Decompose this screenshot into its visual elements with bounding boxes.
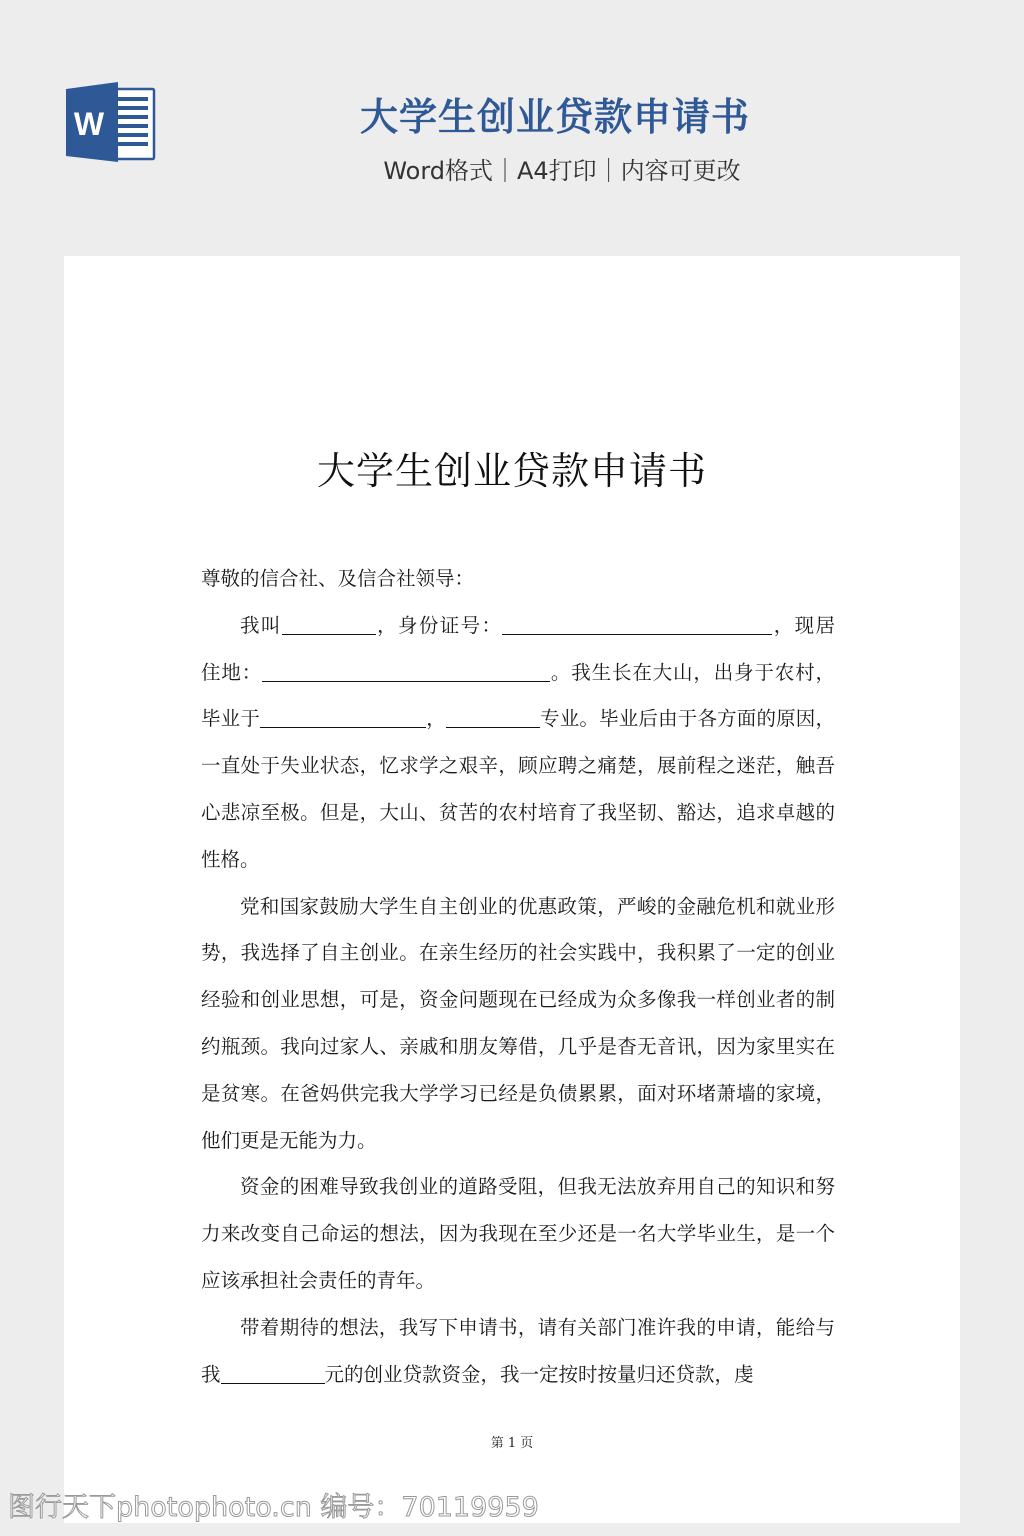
id-number-blank[interactable]: [502, 613, 772, 634]
text-span: ，: [426, 707, 446, 730]
name-blank[interactable]: [282, 613, 376, 634]
text-span: 我叫: [240, 614, 282, 637]
salutation: 尊敬的信合社、及信合社领导：: [201, 556, 835, 603]
text-span: ，身份证号：: [376, 614, 503, 637]
school-blank[interactable]: [260, 707, 426, 728]
text-span: 专业。毕业后由于各方面的原因，一直处于失业状态，忆求学之艰辛，顾应聘之痛楚，展前…: [201, 707, 835, 870]
banner-subtitle: Word格式｜A4打印｜内容可更改: [0, 153, 1024, 189]
text-span: 元的创业贷款资金，我一定按时按量归还贷款，虔: [325, 1363, 754, 1386]
residence-blank[interactable]: [262, 660, 550, 681]
paragraph-3: 资金的困难导致我创业的道路受阻，但我无法放弃用自己的知识和努力来改变自己命运的想…: [201, 1164, 835, 1304]
watermark: 图行天下photophoto.cn 编号：70119959: [8, 1490, 539, 1526]
paragraph-2: 党和国家鼓励大学生自主创业的优惠政策，严峻的金融危机和就业形势，我选择了自主创业…: [201, 884, 835, 1165]
header-banner: W 大学生创业贷款申请书 Word格式｜A4打印｜内容可更改: [0, 0, 1024, 256]
page-number: 第 1 页: [64, 1432, 960, 1451]
paragraph-1: 我叫，身份证号：，现居住地：。我生长在大山，出身于农村，毕业于，专业。毕业后由于…: [201, 603, 835, 884]
document-title: 大学生创业贷款申请书: [64, 446, 960, 496]
banner-title: 大学生创业贷款申请书: [0, 92, 1024, 142]
loan-amount-blank[interactable]: [221, 1362, 325, 1383]
document-body: 尊敬的信合社、及信合社领导： 我叫，身份证号：，现居住地：。我生长在大山，出身于…: [201, 556, 835, 1398]
paragraph-4: 带着期待的想法，我写下申请书，请有关部门准许我的申请，能给与我元的创业贷款资金，…: [201, 1305, 835, 1399]
major-blank[interactable]: [446, 707, 540, 728]
document-page: 大学生创业贷款申请书 尊敬的信合社、及信合社领导： 我叫，身份证号：，现居住地：…: [64, 256, 960, 1523]
